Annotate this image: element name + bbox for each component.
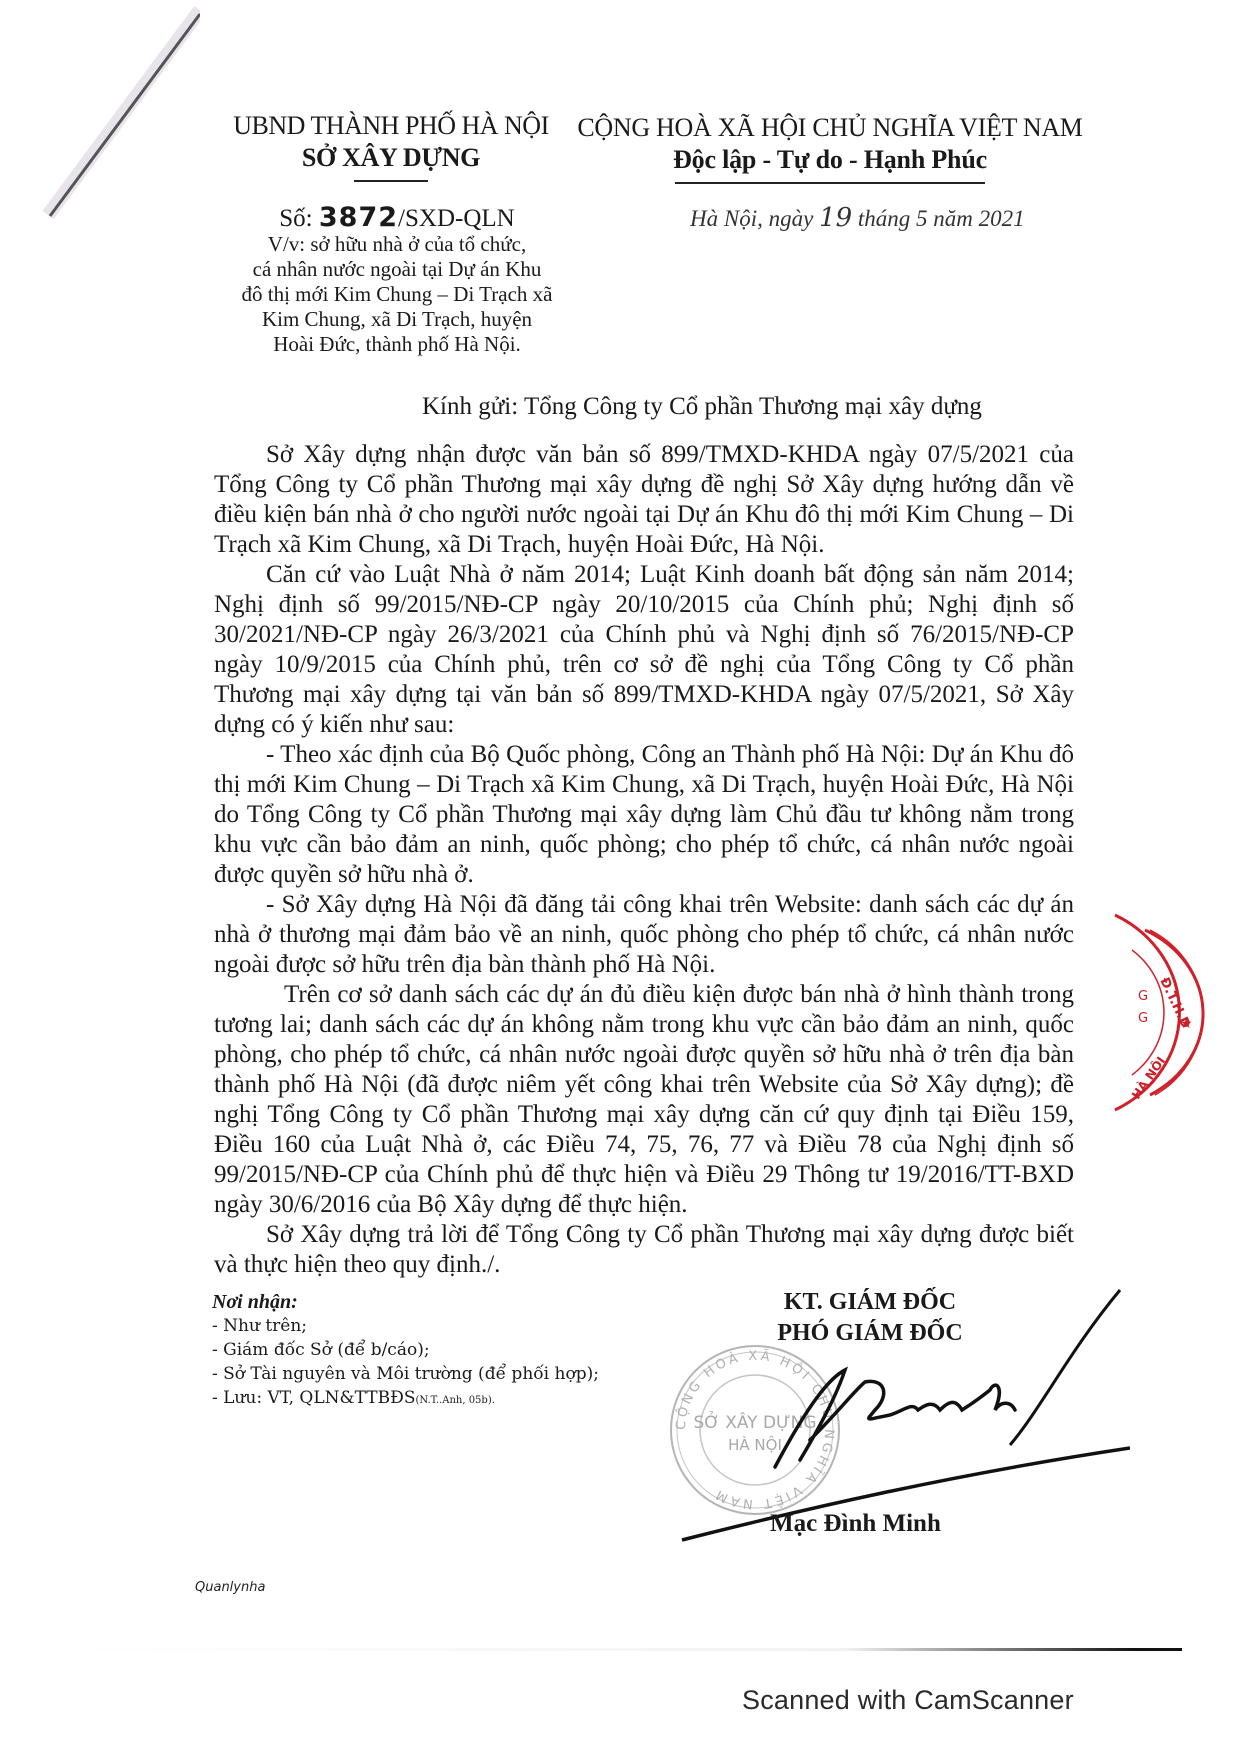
- body-paragraph: Trên cơ sở danh sách các dự án đủ điều k…: [214, 980, 1074, 1220]
- signer-position: PHÓ GIÁM ĐỐC: [740, 1318, 1000, 1349]
- date-prefix: Hà Nội, ngày: [690, 206, 819, 231]
- body-paragraph: Sở Xây dựng trả lời để Tổng Công ty Cổ p…: [214, 1220, 1074, 1280]
- body-paragraph: - Theo xác định của Bộ Quốc phòng, Công …: [214, 740, 1074, 890]
- national-header: CỘNG HOÀ XÃ HỘI CHỦ NGHĨA VIỆT NAM Độc l…: [570, 112, 1090, 184]
- svg-text:SỞ XÂY DỰNG: SỞ XÂY DỰNG: [693, 1410, 816, 1433]
- national-motto: Độc lập - Tự do - Hạnh Phúc: [570, 144, 1090, 176]
- body-paragraph: Căn cứ vào Luật Nhà ở năm 2014; Luật Kin…: [214, 560, 1074, 740]
- recipient-line: Kính gửi: Tổng Công ty Cổ phần Thương mạ…: [422, 393, 982, 421]
- authority-name: UBND THÀNH PHỐ HÀ NỘI: [226, 110, 556, 142]
- document-number-value: 3872: [319, 202, 398, 233]
- document-number-prefix: Số:: [279, 205, 319, 232]
- document-number-suffix: /SXD-QLN: [398, 205, 515, 232]
- nation-name: CỘNG HOÀ XÃ HỘI CHỦ NGHĨA VIỆT NAM: [570, 112, 1090, 144]
- motto-underline: [675, 182, 985, 184]
- subject-line: V/v: sở hữu nhà ở của tổ chức,: [212, 232, 582, 257]
- place-and-date: Hà Nội, ngày 19 tháng 5 năm 2021: [690, 203, 1025, 233]
- recipients-title: Nơi nhận:: [212, 1290, 599, 1314]
- recipients-item: - Sở Tài nguyên và Môi trường (để phối h…: [212, 1362, 599, 1386]
- svg-text:Đ.T.H.D: Đ.T.H.D: [1156, 975, 1193, 1031]
- footer-note: Quanlynha: [195, 1580, 265, 1595]
- svg-text:HÀ NỘI: HÀ NỘI: [1128, 1054, 1168, 1102]
- svg-text:G: G: [1138, 1011, 1148, 1026]
- scanner-watermark: Scanned with CamScanner: [742, 1685, 1074, 1716]
- official-stamp: CỘNG HOÀ XÃ HỘI CHỦ NGHĨA VIỆT NAM SỞ XÂ…: [665, 1340, 845, 1520]
- subject-line: Kim Chung, xã Di Trạch, huyện: [212, 307, 582, 332]
- body-paragraph: - Sở Xây dựng Hà Nội đã đăng tải công kh…: [214, 890, 1074, 980]
- svg-text:HÀ NỘI: HÀ NỘI: [728, 1435, 782, 1454]
- issuing-authority: UBND THÀNH PHỐ HÀ NỘI SỞ XÂY DỰNG: [226, 110, 556, 182]
- recipients-item: - Giám đốc Sở (để b/cáo);: [212, 1338, 599, 1362]
- signature-title-block: KT. GIÁM ĐỐC PHÓ GIÁM ĐỐC: [740, 1287, 1000, 1349]
- recipients-item: - Như trên;: [212, 1314, 599, 1338]
- department-name: SỞ XÂY DỰNG: [226, 142, 556, 174]
- signer-authority: KT. GIÁM ĐỐC: [740, 1287, 1000, 1318]
- subject-line: đô thị mới Kim Chung – Di Trạch xã: [212, 282, 582, 307]
- signer-name: Mạc Đình Minh: [770, 1510, 941, 1538]
- recipients-item-archive: - Lưu: VT, QLN&TTBĐS(N.T..Anh, 05b).: [212, 1386, 599, 1413]
- archive-note: (N.T..Anh, 05b).: [415, 1395, 494, 1406]
- subject-line: Hoài Đức, thành phố Hà Nội.: [212, 332, 582, 357]
- red-seal-fragment: Đ.T.H.D ★ HÀ NỘI G G: [1110, 900, 1240, 1120]
- scan-edge-line: [0, 0, 200, 230]
- authority-underline: [354, 180, 428, 182]
- body-paragraph: Sở Xây dựng nhận được văn bản số 899/TMX…: [214, 440, 1074, 560]
- page-bottom-edge: [60, 1648, 1182, 1651]
- recipients-item: - Lưu: VT, QLN&TTBĐS: [212, 1388, 415, 1408]
- date-rest: tháng 5 năm 2021: [852, 206, 1025, 231]
- document-subject: V/v: sở hữu nhà ở của tổ chức, cá nhân n…: [212, 232, 582, 357]
- svg-text:G: G: [1138, 989, 1148, 1004]
- letter-body: Sở Xây dựng nhận được văn bản số 899/TMX…: [214, 440, 1074, 1280]
- svg-text:CỘNG HOÀ XÃ HỘI CHỦ NGHĨA VIỆT: CỘNG HOÀ XÃ HỘI CHỦ NGHĨA VIỆT NAM: [674, 1348, 838, 1511]
- document-number: Số: 3872/SXD-QLN: [212, 203, 582, 234]
- date-day: 19: [819, 203, 852, 233]
- subject-line: cá nhân nước ngoài tại Dự án Khu: [212, 257, 582, 282]
- recipients-block: Nơi nhận: - Như trên; - Giám đốc Sở (để …: [212, 1290, 599, 1413]
- svg-text:★: ★: [1180, 1016, 1193, 1032]
